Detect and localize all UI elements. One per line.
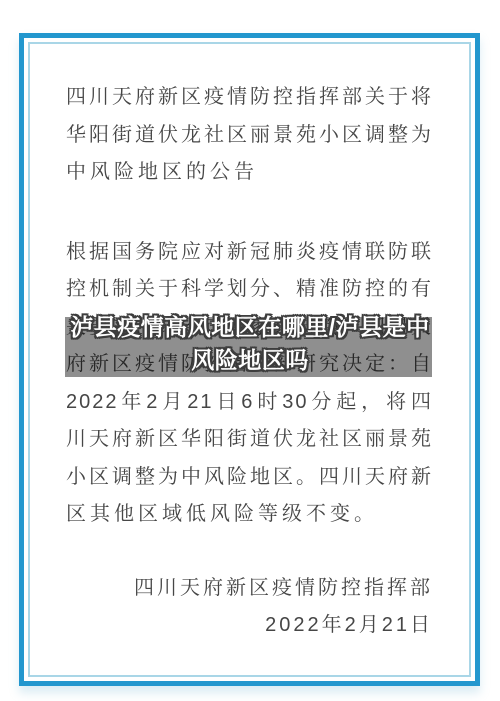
notice-title-line: 四川天府新区疫情防控指挥部关于将 bbox=[66, 79, 433, 117]
notice-body-line: 控机制关于科学划分、精准防控的有 bbox=[66, 271, 433, 309]
watermark-title: 泸县疫情高风地区在哪里/泸县是中 风险地区吗 bbox=[0, 311, 500, 377]
notice-signature: 四川天府新区疫情防控指挥部 bbox=[66, 570, 433, 608]
notice-body-line: 2022年2月21日6时30分起，将四 bbox=[66, 384, 433, 422]
notice-body-line: 小区调整为中风险地区。四川天府新 bbox=[66, 459, 433, 497]
notice-body: 根据国务院应对新冠肺炎疫情联防联 控机制关于科学划分、精准防控的有 关要求，经省… bbox=[66, 234, 433, 534]
notice-date: 2022年2月21日 bbox=[66, 607, 433, 645]
notice-body-line: 川天府新区华阳街道伏龙社区丽景苑 bbox=[66, 421, 433, 459]
watermark-title-line: 泸县疫情高风地区在哪里/泸县是中 bbox=[0, 311, 500, 344]
notice-body-line: 区其他区域低风险等级不变。 bbox=[66, 496, 433, 534]
notice-signature-block: 四川天府新区疫情防控指挥部 2022年2月21日 bbox=[66, 570, 433, 645]
notice-title-line: 中风险地区的公告 bbox=[66, 154, 433, 192]
notice-body-line: 根据国务院应对新冠肺炎疫情联防联 bbox=[66, 234, 433, 272]
notice-title: 四川天府新区疫情防控指挥部关于将 华阳街道伏龙社区丽景苑小区调整为 中风险地区的… bbox=[66, 79, 433, 192]
notice-title-line: 华阳街道伏龙社区丽景苑小区调整为 bbox=[66, 117, 433, 155]
watermark-title-line: 风险地区吗 bbox=[0, 344, 500, 377]
